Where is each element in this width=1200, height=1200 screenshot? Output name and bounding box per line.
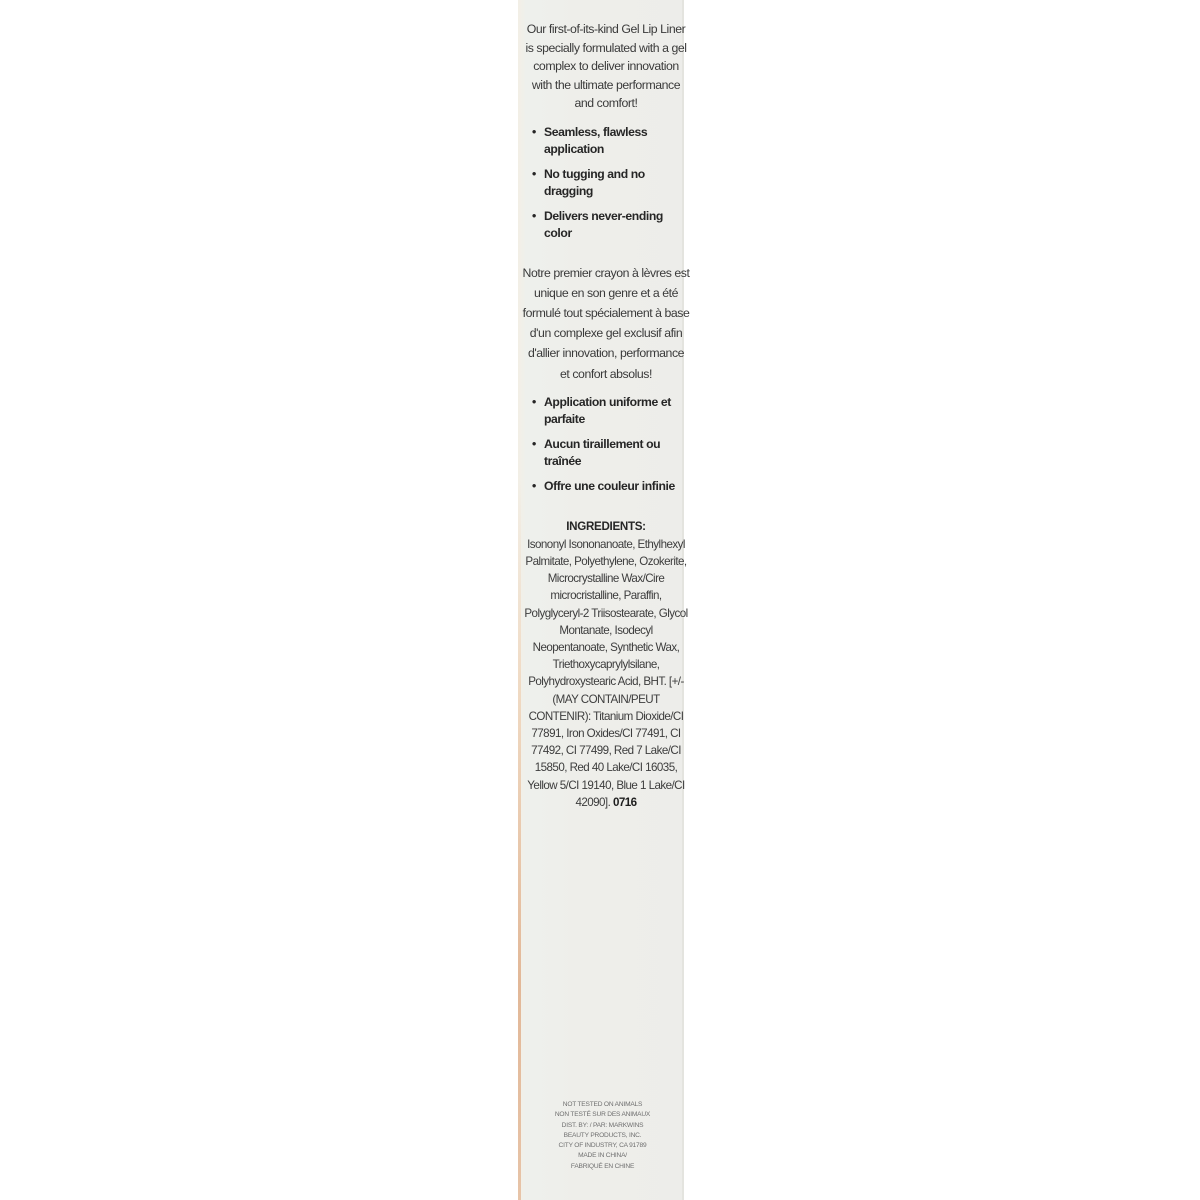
- legal-line: BEAUTY PRODUCTS, INC.: [530, 1131, 675, 1141]
- legal-info: NOT TESTED ON ANIMALS NON TESTÉ SUR DES …: [530, 1100, 675, 1172]
- benefit-item: •Delivers never-ending color: [530, 208, 690, 242]
- legal-line: NOT TESTED ON ANIMALS: [530, 1100, 675, 1110]
- panel-content: Our first-of-its-kind Gel Lip Liner is s…: [522, 20, 690, 811]
- description-english: Our first-of-its-kind Gel Lip Liner is s…: [522, 20, 690, 113]
- benefit-item: •No tugging and no dragging: [530, 166, 690, 200]
- benefit-item: •Application uniforme et parfaite: [530, 394, 690, 428]
- bullet-icon: •: [532, 436, 536, 453]
- benefit-item: •Aucun tiraillement ou traînée: [530, 436, 690, 470]
- description-french: Notre premier crayon à lèvres est unique…: [522, 263, 690, 384]
- bullet-icon: •: [532, 166, 536, 183]
- batch-code: 0716: [613, 796, 637, 809]
- benefit-item: •Seamless, flawless application: [530, 124, 690, 158]
- ingredients-heading: INGREDIENTS:: [522, 518, 690, 536]
- benefits-list-english: •Seamless, flawless application •No tugg…: [522, 124, 690, 242]
- legal-line: NON TESTÉ SUR DES ANIMAUX: [530, 1110, 675, 1120]
- bullet-icon: •: [532, 208, 536, 225]
- legal-line: DIST. BY: / PAR: MARKWINS: [530, 1121, 675, 1131]
- benefits-list-french: •Application uniforme et parfaite •Aucun…: [522, 394, 690, 495]
- legal-line: FABRIQUÉ EN CHINE: [530, 1162, 675, 1172]
- bullet-icon: •: [532, 124, 536, 141]
- bullet-icon: •: [532, 394, 536, 411]
- ingredients-section: INGREDIENTS: Isononyl Isononanoate, Ethy…: [522, 518, 690, 811]
- legal-line: MADE IN CHINA/: [530, 1151, 675, 1161]
- benefit-item: •Offre une couleur infinie: [530, 478, 690, 495]
- ingredients-text: Isononyl Isononanoate, Ethylhexyl Palmit…: [522, 536, 690, 811]
- legal-line: CITY OF INDUSTRY, CA 91789: [530, 1141, 675, 1151]
- ingredients-list: Isononyl Isononanoate, Ethylhexyl Palmit…: [524, 538, 687, 809]
- panel-left-edge: [518, 480, 521, 1200]
- bullet-icon: •: [532, 478, 536, 495]
